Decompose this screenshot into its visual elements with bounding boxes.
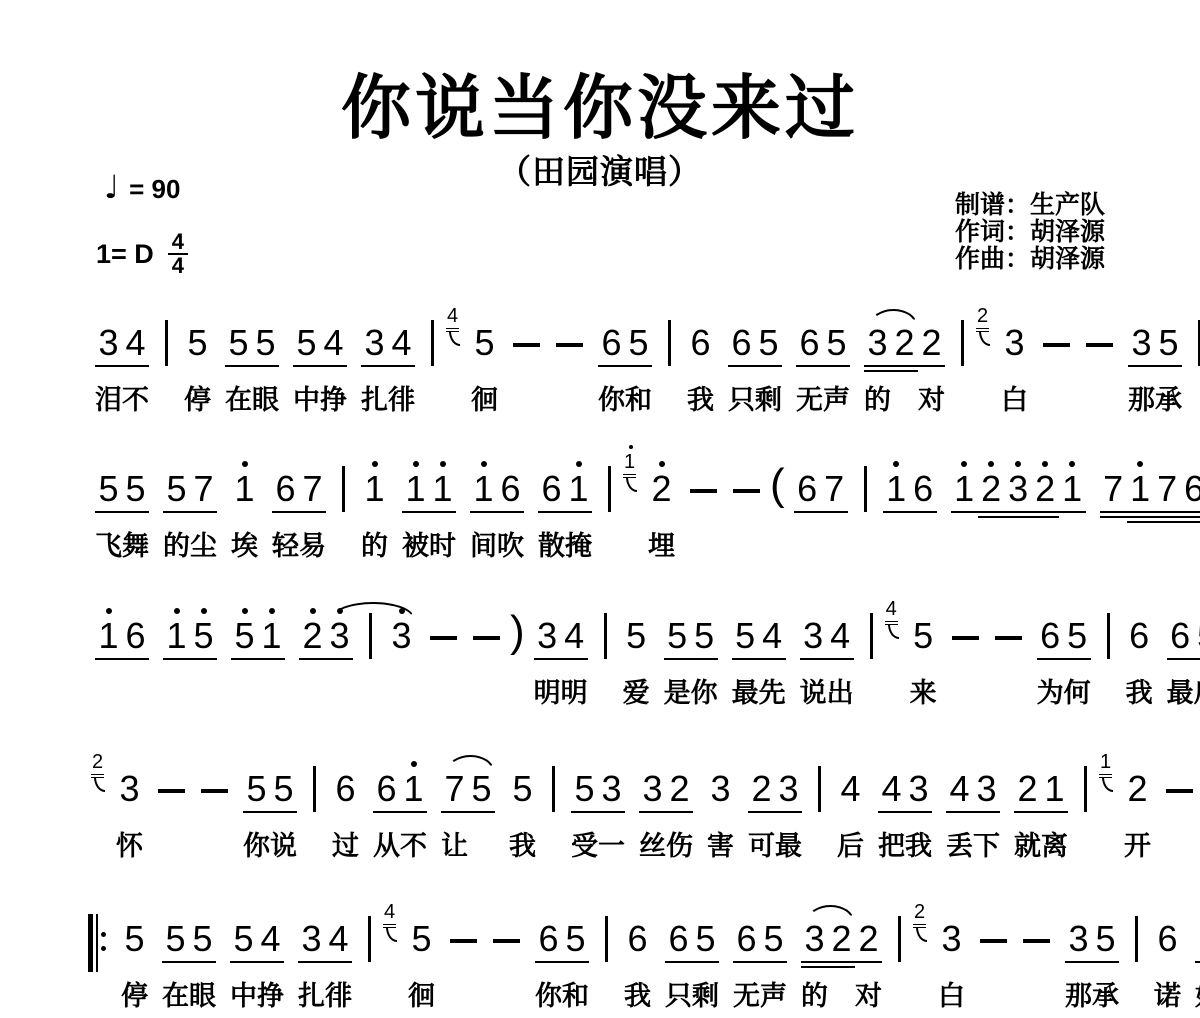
note: 5 <box>243 758 270 810</box>
lyric-syllable: 易 <box>299 524 326 563</box>
underline <box>748 811 802 813</box>
beat-group: 16 <box>95 605 149 657</box>
note-digit: 6 <box>627 919 647 959</box>
lyric-syllable: 只 <box>728 378 755 417</box>
note: 4 <box>827 605 854 657</box>
underline <box>1037 658 1091 660</box>
octave-dot <box>988 461 994 467</box>
lyric-syllable: 泪 <box>95 378 122 417</box>
octave-dot <box>659 461 665 467</box>
note-digit: 5 <box>474 323 494 363</box>
octave-dot <box>848 761 854 767</box>
note-digit: 2 <box>751 769 771 809</box>
music-line-2: 5557167111166112(67161232171765667飞舞的尘埃轻… <box>88 458 1200 558</box>
note: 6 <box>728 312 755 364</box>
lyric-syllable: 埋 <box>648 524 675 563</box>
octave-dot <box>309 911 315 917</box>
octave-dot <box>241 911 247 917</box>
lyric-syllable: 白 <box>938 974 965 1013</box>
note: 3 <box>95 312 122 364</box>
octave-dot <box>698 315 704 321</box>
note: 5 <box>270 758 297 810</box>
beat-group: 65 <box>598 312 652 364</box>
underline <box>95 511 149 513</box>
note-digit: 4 <box>762 616 782 656</box>
octave-dot <box>336 911 342 917</box>
note: 3 <box>534 605 561 657</box>
underline <box>864 370 918 372</box>
underline <box>665 961 719 963</box>
lyric-syllable: 让 <box>441 824 468 863</box>
lyric-syllable: 丢 <box>946 824 973 863</box>
octave-dot <box>413 461 419 467</box>
lyric-syllable: 过 <box>332 824 359 863</box>
beat-group: 12321 <box>951 458 1086 510</box>
octave-dot <box>1074 608 1080 614</box>
note-digit: 1 <box>432 469 452 509</box>
beat-group: 55 <box>664 605 718 657</box>
underline <box>1014 811 1068 813</box>
beat-group: 65 <box>1037 605 1091 657</box>
music-line-1: 3455554344565665653222335661755泪不停在眼中挣扎徘… <box>88 312 1200 412</box>
note-digit: 1 <box>98 616 118 656</box>
octave-dot <box>508 461 514 467</box>
note-digit: 1 <box>234 469 254 509</box>
lyric-syllable: 扎 <box>298 974 325 1013</box>
octave-dot <box>343 761 349 767</box>
lyric-syllable: 和 <box>562 974 589 1013</box>
note-digit: 1 <box>403 769 423 809</box>
octave-dot <box>633 608 639 614</box>
lyric-syllable: 最 <box>1167 671 1194 710</box>
note-digit: 5 <box>246 769 266 809</box>
note: 4 <box>878 758 905 810</box>
note: 1 <box>565 458 592 510</box>
note-digit: 4 <box>881 769 901 809</box>
barline <box>1135 916 1138 962</box>
beat-group: 32 <box>639 758 693 810</box>
note: 7 <box>1154 458 1181 510</box>
lyric-syllable: 出 <box>827 671 854 710</box>
note-digit: 4 <box>328 919 348 959</box>
lyric-syllable: 不 <box>400 824 427 863</box>
underline <box>1167 658 1200 660</box>
lyric-syllable: 那 <box>1065 974 1092 1013</box>
barline <box>369 613 372 659</box>
barline <box>431 320 434 366</box>
note: 1 <box>1041 758 1068 810</box>
octave-dot <box>440 461 446 467</box>
grace-hook <box>916 927 927 942</box>
note: 1 <box>402 458 429 510</box>
beat-group: 54 <box>293 312 347 364</box>
note-digit: 1 <box>405 469 425 509</box>
beat-group: 16 <box>470 458 524 510</box>
octave-dot <box>831 461 837 467</box>
barline <box>313 766 316 812</box>
barline <box>898 916 901 962</box>
lyric-syllable: 丝 <box>639 824 666 863</box>
music-line-5: 55554344565665653222335661755停在眼中挣扎徘徊你和我… <box>88 908 1200 1008</box>
note: 3 <box>775 758 802 810</box>
beat-group: 43 <box>878 758 932 810</box>
note-digit: 5 <box>1158 323 1178 363</box>
underline <box>163 658 217 660</box>
underline <box>978 516 1059 518</box>
note-digit: 2 <box>858 919 878 959</box>
lyric-syllable: 扎 <box>361 378 388 417</box>
octave-dot <box>106 608 112 614</box>
grace-note: 4 <box>383 908 400 960</box>
lyric-syllable: 中 <box>293 378 320 417</box>
beat-group: 55 <box>162 908 216 960</box>
note: 1 <box>231 458 258 510</box>
note-digit: 3 <box>98 323 118 363</box>
lyric-syllable: 挣 <box>320 378 347 417</box>
note: 6 <box>1195 908 1200 960</box>
underline <box>951 511 1086 513</box>
beat-group: 1 <box>361 458 388 510</box>
note-digit: 4 <box>830 616 850 656</box>
octave-dot <box>174 608 180 614</box>
note: 2 <box>666 758 693 810</box>
note-digit: 2 <box>669 769 689 809</box>
note-digit: 5 <box>125 469 145 509</box>
note-digit: 6 <box>1157 919 1177 959</box>
note-digit: 3 <box>710 769 730 809</box>
octave-dot <box>674 608 680 614</box>
note: 4 <box>388 312 415 364</box>
octave-dot <box>744 911 750 917</box>
octave-dot <box>263 315 269 321</box>
note: 5 <box>691 605 718 657</box>
octave-dot <box>1052 761 1058 767</box>
duration-dash <box>473 636 500 640</box>
note: 4 <box>946 758 973 810</box>
grace-hook <box>626 477 637 492</box>
note: 4 <box>837 758 864 810</box>
note: 1 <box>361 458 388 510</box>
beat-group: 1 <box>231 458 258 510</box>
note: 5 <box>184 312 211 364</box>
grace-hook <box>94 777 105 792</box>
note: 1 <box>883 458 910 510</box>
lyric-syllable: 剩 <box>692 974 719 1013</box>
beat-group: 65 <box>535 908 589 960</box>
note-digit: 1 <box>473 469 493 509</box>
lyric-syllable: 徘 <box>388 378 415 417</box>
note-digit: 6 <box>500 469 520 509</box>
beat-group: 43 <box>946 758 1000 810</box>
note-digit: 2 <box>921 323 941 363</box>
note: 5 <box>509 758 536 810</box>
note: 5 <box>189 908 216 960</box>
note-digit: 3 <box>867 323 887 363</box>
barline <box>165 320 168 366</box>
lyric-syllable: 时 <box>429 524 456 563</box>
beat-group: 2 <box>1124 758 1151 810</box>
note: 5 <box>732 605 759 657</box>
beat-group: 61 <box>1195 908 1200 960</box>
octave-dot <box>546 911 552 917</box>
note-digit: 3 <box>908 769 928 809</box>
note: 6 <box>538 458 565 510</box>
beat-group: 5 <box>184 312 211 364</box>
octave-dot <box>984 761 990 767</box>
underline <box>243 811 297 813</box>
note-digit: 3 <box>976 769 996 809</box>
note: 2 <box>648 458 675 510</box>
note: 6 <box>497 458 524 510</box>
note-digit: 5 <box>913 616 933 656</box>
underline <box>732 658 786 660</box>
octave-dot <box>1164 461 1170 467</box>
note: 5 <box>562 908 589 960</box>
octave-dot <box>1135 761 1141 767</box>
notes-row: 5557167111166112(67161232171765667飞舞的尘埃轻… <box>88 458 1200 512</box>
lyric-syllable: 不 <box>122 378 149 417</box>
note: 6 <box>1037 605 1064 657</box>
note-digit: 6 <box>690 323 710 363</box>
beat-group: 23 <box>748 758 802 810</box>
grace-hook <box>449 331 460 346</box>
note: 3 <box>938 908 965 960</box>
note-digit: 7 <box>1103 469 1123 509</box>
octave-dot <box>701 608 707 614</box>
note-digit: 5 <box>758 323 778 363</box>
underline <box>1065 961 1119 963</box>
duration-dash <box>430 636 457 640</box>
beat-group: 71765 <box>1100 458 1200 510</box>
note: 5 <box>230 908 257 960</box>
beat-group: 6 <box>687 312 714 364</box>
note-digit: 5 <box>628 323 648 363</box>
note-digit: 6 <box>799 323 819 363</box>
underline <box>878 811 932 813</box>
note: 5 <box>122 458 149 510</box>
note-digit: 7 <box>302 469 322 509</box>
barline <box>1107 613 1110 659</box>
note-digit: 6 <box>1170 616 1190 656</box>
lyric-syllable: 从 <box>373 824 400 863</box>
lyric-syllable: 害 <box>707 824 734 863</box>
lyric-syllable: 说 <box>800 671 827 710</box>
grace-digit: 2 <box>976 306 989 332</box>
note: 5 <box>692 908 719 960</box>
beat-group: 35 <box>1128 312 1182 364</box>
note-digit: 5 <box>735 616 755 656</box>
beat-group: 54 <box>230 908 284 960</box>
grace-note: 1 <box>1099 758 1116 810</box>
lyric-syllable: 后 <box>837 824 864 863</box>
note-digit: 6 <box>1129 616 1149 656</box>
octave-dot <box>866 911 872 917</box>
note: 3 <box>116 758 143 810</box>
beat-group: 65 <box>1167 605 1200 657</box>
octave-dot <box>676 911 682 917</box>
beat-group: 6 <box>1154 908 1181 960</box>
note: 5 <box>1092 908 1119 960</box>
note-digit: 1 <box>166 616 186 656</box>
note-digit: 5 <box>694 616 714 656</box>
note-digit: 3 <box>941 919 961 959</box>
beat-group: 5 <box>121 908 148 960</box>
octave-dot <box>411 761 417 767</box>
note: 7 <box>1100 458 1127 510</box>
octave-dot <box>949 911 955 917</box>
grace-digit: 4 <box>383 902 396 928</box>
lyric-syllable: 下 <box>973 824 1000 863</box>
note: 6 <box>1167 605 1194 657</box>
note: 5 <box>1194 605 1200 657</box>
note: 3 <box>905 758 932 810</box>
note: 1 <box>400 758 427 810</box>
note: 4 <box>759 605 786 657</box>
octave-dot <box>1165 911 1171 917</box>
note-digit: 5 <box>296 323 316 363</box>
lyric-syllable: 埃 <box>231 524 258 563</box>
lyric-syllable: 中 <box>230 974 257 1013</box>
beat-group: 5 <box>471 312 498 364</box>
note: 5 <box>823 312 850 364</box>
barline <box>342 466 345 512</box>
note-digit: 1 <box>886 469 906 509</box>
octave-dot <box>810 608 816 614</box>
beat-group: 5 <box>623 605 650 657</box>
note: 5 <box>1155 312 1182 364</box>
note-digit: 6 <box>1040 616 1060 656</box>
underline <box>864 365 945 367</box>
lyric-syllable: 就 <box>1014 824 1041 863</box>
beat-group: 65 <box>796 312 850 364</box>
beat-group: 2 <box>648 458 675 510</box>
note-digit: 6 <box>797 469 817 509</box>
note-digit: 6 <box>1184 469 1200 509</box>
lyric-syllable: 被 <box>402 524 429 563</box>
lyric-syllable: 诺 <box>1154 974 1181 1013</box>
octave-dot <box>133 315 139 321</box>
note-digit: 5 <box>565 919 585 959</box>
underline <box>801 966 855 968</box>
octave-dot <box>837 608 843 614</box>
lyric-syllable: 声 <box>760 974 787 1013</box>
octave-dot <box>804 461 810 467</box>
octave-dot <box>739 315 745 321</box>
duration-dash <box>952 636 979 640</box>
duration-dash <box>1043 343 1070 347</box>
note-digit: 3 <box>537 616 557 656</box>
beat-group: 34 <box>534 605 588 657</box>
octave-dot <box>384 761 390 767</box>
note: 3 <box>973 758 1000 810</box>
lyric-syllable: 爱 <box>623 671 650 710</box>
note-digit: 5 <box>255 323 275 363</box>
note: 3 <box>1005 458 1032 510</box>
lyric-syllable: 停 <box>121 974 148 1013</box>
note: 5 <box>471 312 498 364</box>
lyric-syllable: 尘 <box>190 524 217 563</box>
note: 6 <box>598 312 625 364</box>
grace-note: 1 <box>623 458 640 510</box>
beat-group: 34 <box>800 605 854 657</box>
beat-group: 67 <box>272 458 326 510</box>
lyric-syllable: 我 <box>687 378 714 417</box>
octave-dot <box>269 608 275 614</box>
lyric-syllable: 对 <box>918 378 945 417</box>
open-paren: ( <box>770 460 785 510</box>
underline <box>796 365 850 367</box>
lyric-syllable: 你 <box>598 378 625 417</box>
beat-group: 6 <box>332 758 359 810</box>
note-digit: 3 <box>803 616 823 656</box>
octave-dot <box>1076 911 1082 917</box>
note-digit: 5 <box>1095 919 1115 959</box>
underline <box>598 365 652 367</box>
underline <box>95 365 149 367</box>
score: 3455554344565665653222335661755泪不停在眼中挣扎徘… <box>0 0 1200 1018</box>
note-digit: 5 <box>1067 616 1087 656</box>
octave-dot <box>481 461 487 467</box>
duration-dash <box>158 789 185 793</box>
beat-group: 34 <box>298 908 352 960</box>
note-digit: 5 <box>228 323 248 363</box>
beat-group: 55 <box>225 312 279 364</box>
note: 3 <box>1001 312 1028 364</box>
beat-group: 65 <box>733 908 787 960</box>
octave-dot <box>281 761 287 767</box>
lyric-syllable: 和 <box>625 378 652 417</box>
octave-dot <box>1047 608 1053 614</box>
octave-dot <box>929 315 935 321</box>
note: 3 <box>707 758 734 810</box>
underline <box>664 658 718 660</box>
note-digit: 5 <box>574 769 594 809</box>
note-digit: 4 <box>125 323 145 363</box>
lyric-syllable: 只 <box>665 974 692 1013</box>
octave-dot <box>549 461 555 467</box>
underline <box>1127 521 1200 523</box>
note-digit: 7 <box>1157 469 1177 509</box>
beat-group: 57 <box>163 458 217 510</box>
grace-note: 4 <box>885 605 902 657</box>
octave-dot <box>132 911 138 917</box>
note-digit: 2 <box>1035 469 1055 509</box>
note: 5 <box>408 908 435 960</box>
underline <box>230 961 284 963</box>
barline <box>668 320 671 366</box>
octave-dot <box>742 608 748 614</box>
beat-group: 35 <box>1065 908 1119 960</box>
lyric-syllable: 对 <box>855 974 882 1013</box>
note: 6 <box>332 758 359 810</box>
underline <box>231 658 285 660</box>
note: 6 <box>1181 458 1200 510</box>
underline <box>534 658 588 660</box>
lyric-syllable: 你 <box>243 824 270 863</box>
lyric-syllable: 你 <box>691 671 718 710</box>
lyric-syllable: 徊 <box>408 974 435 1013</box>
duration-dash <box>450 939 477 943</box>
note: 5 <box>625 312 652 364</box>
note-digit: 1 <box>364 469 384 509</box>
lyric-syllable: 间 <box>470 524 497 563</box>
note-digit: 6 <box>736 919 756 959</box>
note: 5 <box>163 458 190 510</box>
lyric-syllable: 明 <box>561 671 588 710</box>
underline <box>402 511 456 513</box>
lyric-syllable: 眼 <box>252 378 279 417</box>
grace-hook <box>386 927 397 942</box>
